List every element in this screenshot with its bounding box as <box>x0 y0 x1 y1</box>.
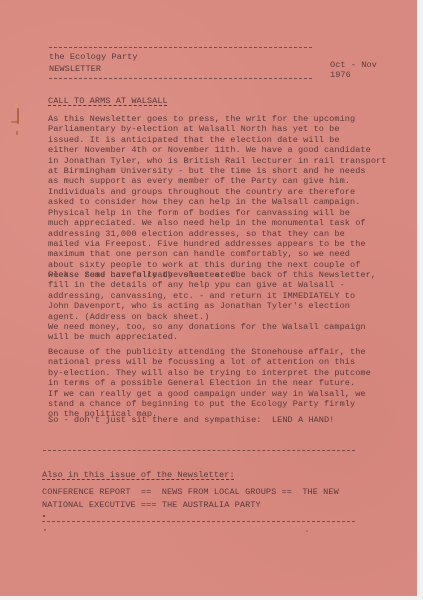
text-line: As this Newsletter goes to press, the wr… <box>48 114 386 124</box>
ink-stain-mark <box>15 104 18 107</box>
ink-speck <box>43 515 45 517</box>
paragraph-2: Individuals and groups throughout the co… <box>48 187 366 281</box>
text-line: We need money, too, so any donations for… <box>48 322 366 332</box>
paragraph-4: We need money, too, so any donations for… <box>48 322 366 343</box>
text-line: Please read carefully the sheet at the b… <box>48 270 376 280</box>
footer-rule <box>42 521 355 522</box>
ink-stain-mark <box>16 131 18 135</box>
paragraph-1: As this Newsletter goes to press, the wr… <box>48 114 386 187</box>
text-line: Parliamentary by-election at Walsall Nor… <box>48 124 386 134</box>
text-line: much appreciated. We also need help in t… <box>48 218 366 228</box>
masthead-top-rule <box>49 47 312 48</box>
issue-year: 1976 <box>330 70 351 80</box>
article-title: CALL TO ARMS AT WALSALL <box>48 96 168 106</box>
text-line: national press will be focussing a lot o… <box>48 357 371 367</box>
text-line: stand a chance of beginning to put the E… <box>48 399 371 409</box>
paragraph-3: Please read carefully the sheet at the b… <box>48 270 376 322</box>
ink-speck <box>306 530 308 532</box>
paragraph-6-call-to-action: So - don't just sit there and sympathise… <box>48 415 334 425</box>
section-divider <box>43 450 355 451</box>
text-line: issued. It is anticipated that the elect… <box>48 135 386 145</box>
text-line: will be much appreciated. <box>48 332 366 342</box>
text-line: Individuals and groups throughout the co… <box>48 187 366 197</box>
text-line: in Jonathan Tyler, who is British Rail l… <box>48 156 386 166</box>
issue-months: Oct - Nov <box>330 60 377 70</box>
text-line: Because of the publicity attending the S… <box>48 347 371 357</box>
org-name: the Ecology Party <box>49 52 138 62</box>
text-line: at Birmingham University - but the time … <box>48 166 386 176</box>
also-in-issue-heading: Also in this issue of the Newsletter: <box>42 470 235 480</box>
text-line: in terms of a possible General Election … <box>48 378 371 388</box>
text-line: Physical help in the form of bodies for … <box>48 208 366 218</box>
text-line: either November 4th or November 11th. We… <box>48 145 386 155</box>
masthead-bottom-rule <box>49 78 312 79</box>
ink-stain-mark <box>11 121 18 123</box>
text-line: If we can really get a good campaign und… <box>48 389 371 399</box>
text-line: by-election. They will also be trying to… <box>48 368 371 378</box>
text-line: agent. (Address on back sheet.) <box>48 312 376 322</box>
text-line: as much support as every member of the P… <box>48 176 386 186</box>
text-line: addressing 31,000 election addresses, so… <box>48 229 366 239</box>
newsletter-page: the Ecology Party NEWSLETTER Oct - Nov 1… <box>0 0 417 596</box>
publication-title: NEWSLETTER <box>49 64 101 74</box>
text-line: mailed via Freepost. Five hundred addres… <box>48 239 366 249</box>
text-line: maximum that one person can handle comfo… <box>48 249 366 259</box>
text-line: addressing, canvassing, etc. - and retur… <box>48 291 376 301</box>
text-line: about sixty people to work at this durin… <box>48 260 366 270</box>
text-line: John Davenport, who is acting as Jonatha… <box>48 301 376 311</box>
paragraph-5: Because of the publicity attending the S… <box>48 347 371 420</box>
text-line: So - don't just sit there and sympathise… <box>48 415 334 425</box>
text-line: asked to consider how they can help in t… <box>48 197 366 207</box>
text-line: fill in the details of any help ypu can … <box>48 280 376 290</box>
ink-speck <box>44 529 46 531</box>
also-in-issue-line-1: CONFERENCE REPORT == NEWS FROM LOCAL GRO… <box>42 487 339 497</box>
also-in-issue-line-2: NATIONAL EXECUTIVE === THE AUSTRALIA PAR… <box>42 500 261 510</box>
